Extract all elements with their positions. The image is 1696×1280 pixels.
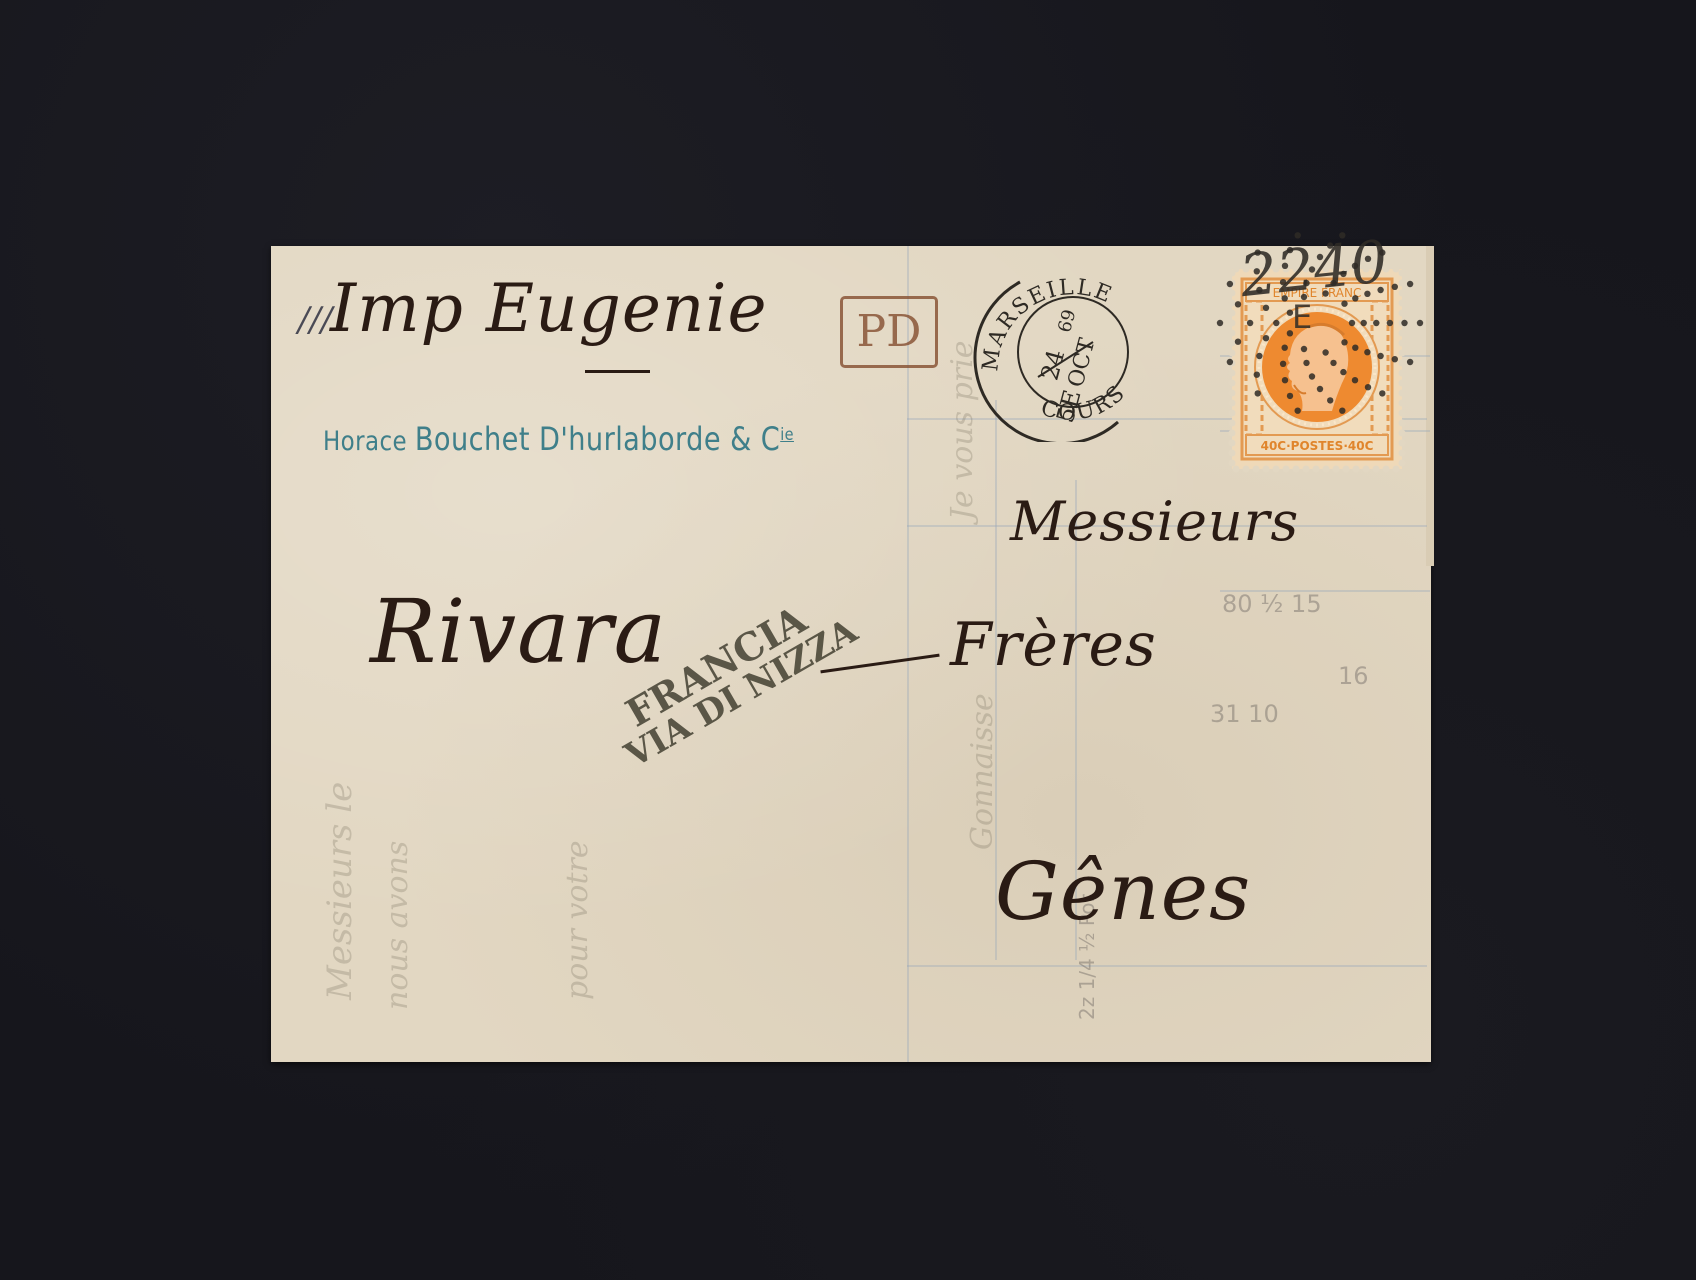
pd-handstamp: PD <box>840 296 938 368</box>
show-through-writing: Gonnaisse <box>965 693 1000 850</box>
pencil-note: 16 <box>1338 662 1369 690</box>
addressee-name: Rivara <box>370 580 667 683</box>
cachet-text: D'hurlaborde & C <box>530 420 780 458</box>
stamp-value-text: 40C·POSTES·40C <box>1261 439 1374 453</box>
datestamp-month: OCT <box>1063 335 1100 390</box>
routing-tally-marks: /// <box>298 300 332 340</box>
postage-stamp-40c: /* perfs drawn below */ EMPIRE FRANC 40C… <box>1228 265 1406 473</box>
ruled-line <box>907 246 909 1062</box>
cachet-text: Bouchet <box>415 420 530 458</box>
marseille-datestamp: MARSEILLE COURS DU 24 OCT 69 5E <box>968 252 1168 442</box>
stamp-country-text: EMPIRE FRANC <box>1273 286 1362 300</box>
cachet-text: Horace <box>323 426 415 457</box>
cachet-text: ie <box>780 425 794 445</box>
routing-note: Imp Eugenie <box>330 270 768 347</box>
ruled-line <box>907 965 1427 967</box>
destination-city: Gênes <box>995 845 1251 938</box>
addressee-suffix: Frères <box>950 610 1157 680</box>
salutation: Messieurs <box>1010 490 1299 553</box>
cover-fold-edge <box>1426 246 1434 566</box>
firm-cachet: Horace Bouchet D'hurlaborde & Cie <box>323 420 794 458</box>
show-through-writing: pour votre <box>560 840 595 1000</box>
show-through-writing: nous avons <box>380 841 415 1010</box>
routing-underline <box>585 370 650 373</box>
show-through-writing: Messieurs le <box>320 782 360 1000</box>
datestamp-year: 69 <box>1054 307 1080 335</box>
pencil-note: 31 10 <box>1210 700 1279 728</box>
pencil-note: 80 ½ 15 <box>1222 590 1322 618</box>
